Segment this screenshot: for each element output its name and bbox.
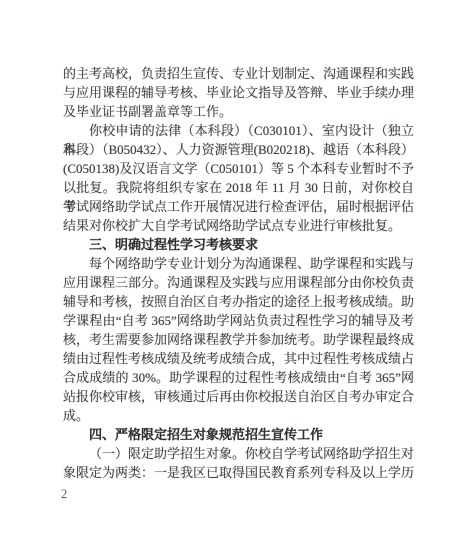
- text-line: 成。: [63, 406, 414, 425]
- text-line: （一）限定助学招生对象。你校自学考试网络助学招生对: [63, 444, 414, 463]
- text-line: 及毕业证书副署盖章等工作。: [63, 102, 414, 121]
- section-heading: 三、明确过程性学习考核要求: [63, 235, 414, 254]
- text-line: 与应用课程的辅导考核、毕业论文指导及答辩、毕业手续办理: [63, 83, 414, 102]
- text-line: 结果对你校扩大自学考试网络助学试点专业进行审核批复。: [63, 216, 414, 235]
- text-line: 考试网络助学试点工作开展情况进行检查评估，届时根据评估: [63, 197, 414, 216]
- section-heading: 四、严格限定招生对象规范招生宣传工作: [63, 425, 414, 444]
- text-line: 应用课程三部分。沟通课程及实践与应用课程部分由你校负责: [63, 273, 414, 292]
- document-page: 的主考高校，负责招生宣传、专业计划制定、沟通课程和实践与应用课程的辅导考核、毕业…: [0, 0, 474, 550]
- text-line: 核，考生需要参加网络课程教学并参加统考。助学课程最终成: [63, 330, 414, 349]
- text-line: 绩由过程性考核成绩及统考成绩合成，其中过程性考核成绩占: [63, 349, 414, 368]
- text-line: 辅导和考核，按照自治区自考办指定的途径上报考核成绩。助: [63, 292, 414, 311]
- text-line: 象限定为两类：一是我区已取得国民教育系列专科及以上学历: [63, 463, 414, 482]
- text-block: 的主考高校，负责招生宣传、专业计划制定、沟通课程和实践与应用课程的辅导考核、毕业…: [63, 64, 414, 482]
- page-number: 2: [61, 486, 67, 502]
- text-line: 学课程由“自考 365”网络助学网站负责过程性学习的辅导及考: [63, 311, 414, 330]
- text-line: 每个网络助学专业计划分为沟通课程、助学课程和实践与: [63, 254, 414, 273]
- text-line: 科段）（B050432）、人力资源管理(B020218)、越语（本科段）: [63, 140, 414, 159]
- text-line: (C050138)及汉语言文学（C050101）等 5 个本科专业暂时不予: [63, 159, 414, 178]
- text-line: 站报你校审核，审核通过后再由你校报送自治区自考办审定合: [63, 387, 414, 406]
- text-line: 合成成绩的 30%。助学课程的过程性考核成绩由“自考 365”网: [63, 368, 414, 387]
- text-line: 以批复。我院将组织专家在 2018 年 11 月 30 日前，对你校自学: [63, 178, 414, 197]
- text-line: 你校申请的法律（本科段）（C030101）、室内设计（独立本: [63, 121, 414, 140]
- text-line: 的主考高校，负责招生宣传、专业计划制定、沟通课程和实践: [63, 64, 414, 83]
